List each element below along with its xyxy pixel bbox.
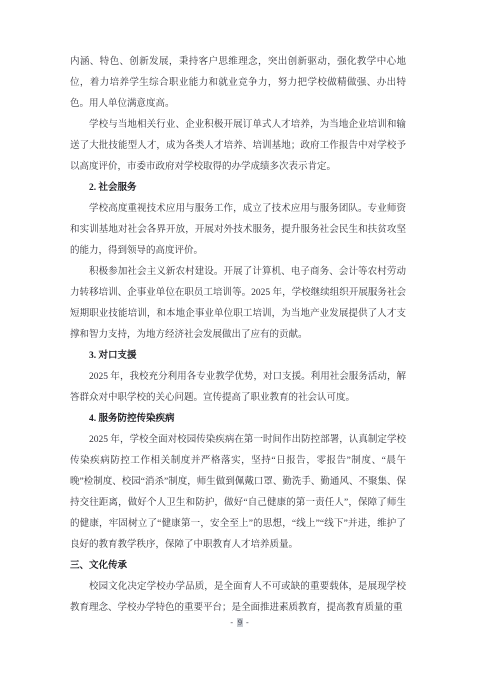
page-footer: - 9 -: [0, 617, 480, 629]
page-number-dash-right: -: [246, 618, 250, 627]
paragraph: 积极参加社会主义新农村建设。开展了计算机、电子商务、会计等农村劳动力转移培训、企…: [70, 262, 406, 346]
paragraph: 内涵、特色、创新发展，秉持客户思维理念，突出创新驱动，强化教学中心地位，着力培养…: [70, 52, 406, 115]
paragraph: 学校高度重视技术应用与服务工作，成立了技术应用与服务团队。专业师资和实训基地对社…: [70, 199, 406, 262]
section-heading: 三、文化传承: [70, 556, 406, 577]
section-heading: 4. 服务防控传染疾病: [70, 409, 406, 430]
section-heading: 3. 对口支援: [70, 346, 406, 367]
paragraph: 学校与当地相关行业、企业积极开展订单式人才培养，为当地企业培训和输送了大批技能型…: [70, 115, 406, 178]
section-heading: 2. 社会服务: [70, 178, 406, 199]
document-body: 内涵、特色、创新发展，秉持客户思维理念，突出创新驱动，强化教学中心地位，着力培养…: [70, 52, 406, 619]
paragraph: 2025 年，我校充分利用各专业教学优势，对口支援。利用社会服务活动，解答群众对…: [70, 367, 406, 409]
paragraph: 2025 年，学校全面对校园传染疾病在第一时间作出防控部署，认真制定学校传染疾病…: [70, 430, 406, 556]
document-page: 内涵、特色、创新发展，秉持客户思维理念，突出创新驱动，强化教学中心地位，着力培养…: [0, 0, 480, 679]
page-number-field: 9: [237, 618, 243, 627]
paragraph: 校园文化决定学校办学品质，是全面育人不可或缺的重要载体，是展现学校教育理念、学校…: [70, 577, 406, 619]
page-number-dash-left: -: [230, 618, 234, 627]
